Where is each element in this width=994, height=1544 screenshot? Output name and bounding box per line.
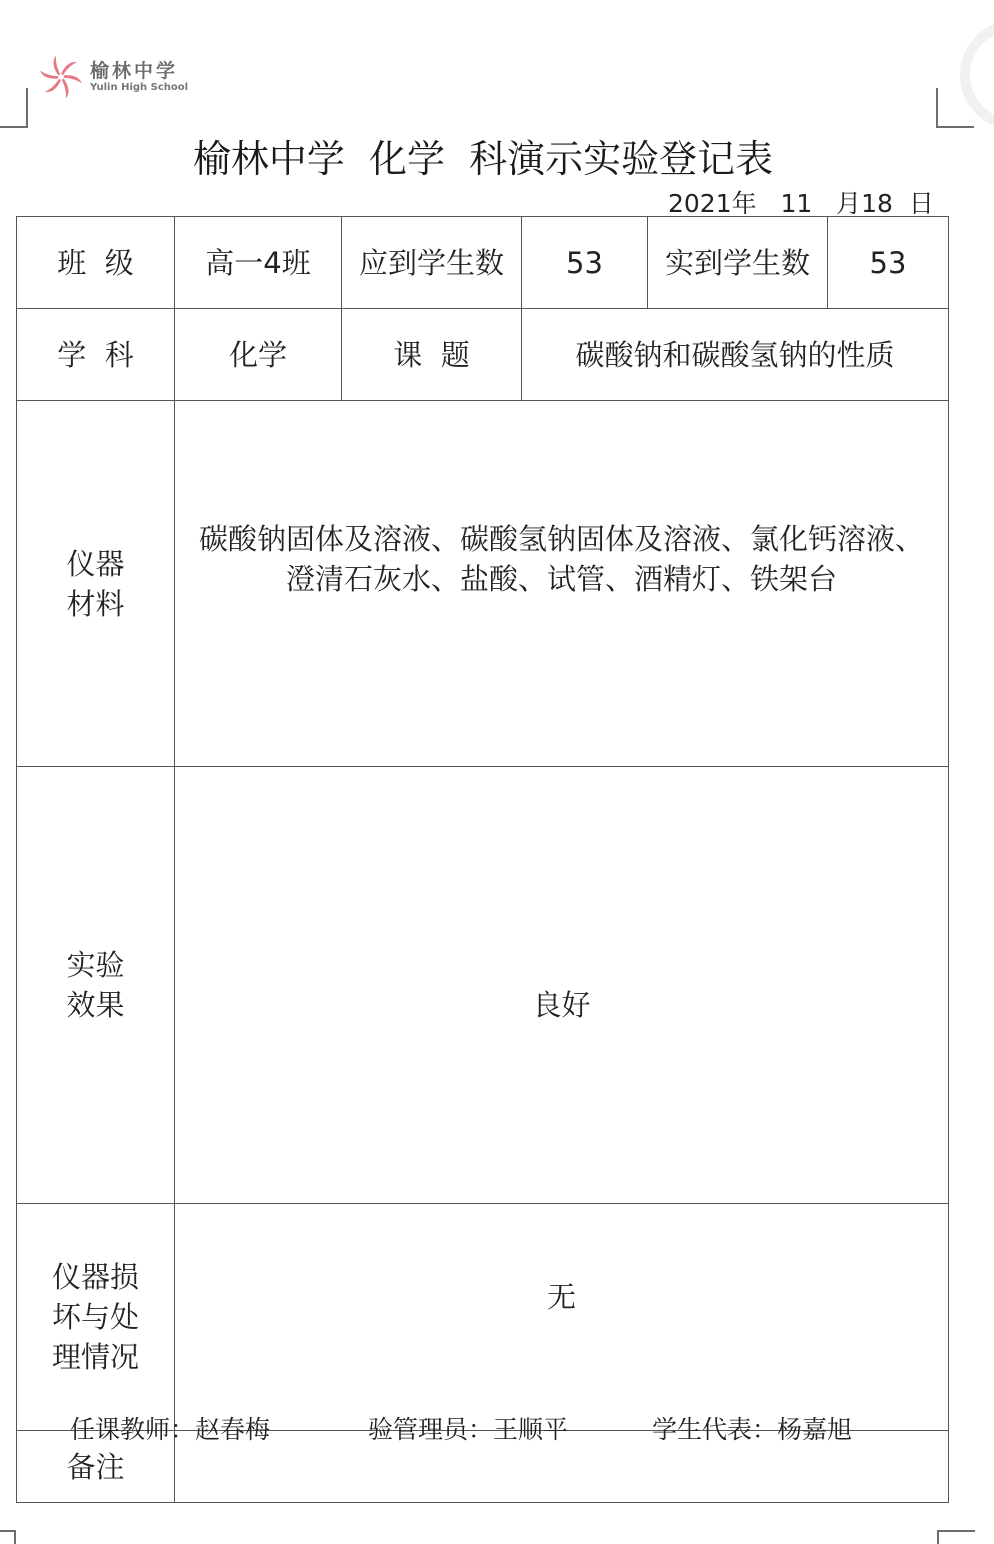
materials-label: 仪器 材料 (17, 401, 175, 767)
teacher-signature: 任课教师：赵春梅 (70, 1410, 270, 1446)
damage-value: 无 (175, 1204, 949, 1431)
materials-value: 碳酸钠固体及溶液、碳酸氢钠固体及溶液、氯化钙溶液、澄清石灰水、盐酸、试管、酒精灯… (175, 401, 949, 767)
form-date: 2021年 11 月18 日 (668, 184, 934, 220)
table-row-materials: 仪器 材料 碳酸钠固体及溶液、碳酸氢钠固体及溶液、氯化钙溶液、澄清石灰水、盐酸、… (17, 401, 949, 767)
topic-label: 课 题 (342, 309, 522, 401)
subject-value: 化学 (175, 309, 342, 401)
expected-students-value: 53 (522, 217, 648, 309)
materials-label-line1: 仪器 (17, 544, 174, 584)
student-rep-signature: 学生代表：杨嘉旭 (652, 1410, 852, 1446)
damage-label-line1: 仪器损 (17, 1257, 174, 1297)
class-label: 班 级 (17, 217, 175, 309)
table-row-subject: 学 科 化学 课 题 碳酸钠和碳酸氢钠的性质 (17, 309, 949, 401)
result-value: 良好 (175, 767, 949, 1204)
school-emblem-icon (40, 56, 82, 98)
actual-students-value: 53 (828, 217, 949, 309)
crop-mark-bottom-left (0, 1530, 16, 1544)
table-row-damage: 仪器损 坏与处 理情况 无 (17, 1204, 949, 1431)
school-logo: 榆林中学 Yulin High School (40, 56, 188, 98)
topic-value: 碳酸钠和碳酸氢钠的性质 (522, 309, 949, 401)
actual-students-label: 实到学生数 (648, 217, 828, 309)
result-label: 实验 效果 (17, 767, 175, 1204)
result-label-line2: 效果 (17, 985, 174, 1025)
lab-manager-signature: 验管理员：王顺平 (368, 1410, 568, 1446)
materials-label-line2: 材料 (17, 584, 174, 624)
subject-label: 学 科 (17, 309, 175, 401)
crop-mark-bottom-right (937, 1530, 975, 1544)
damage-label: 仪器损 坏与处 理情况 (17, 1204, 175, 1431)
damage-label-line3: 理情况 (17, 1337, 174, 1377)
logo-english-name: Yulin High School (90, 82, 188, 94)
result-label-line1: 实验 (17, 945, 174, 985)
page-title: 榆林中学 化学 科演示实验登记表 (0, 128, 966, 183)
crop-mark-top-left (0, 88, 28, 128)
logo-chinese-name: 榆林中学 (90, 60, 188, 82)
class-value: 高一4班 (175, 217, 342, 309)
table-row-class-info: 班 级 高一4班 应到学生数 53 实到学生数 53 (17, 217, 949, 309)
damage-label-line2: 坏与处 (17, 1297, 174, 1337)
experiment-register-table: 班 级 高一4班 应到学生数 53 实到学生数 53 学 科 化学 课 题 碳酸… (16, 216, 949, 1503)
table-row-result: 实验 效果 良好 (17, 767, 949, 1204)
expected-students-label: 应到学生数 (342, 217, 522, 309)
